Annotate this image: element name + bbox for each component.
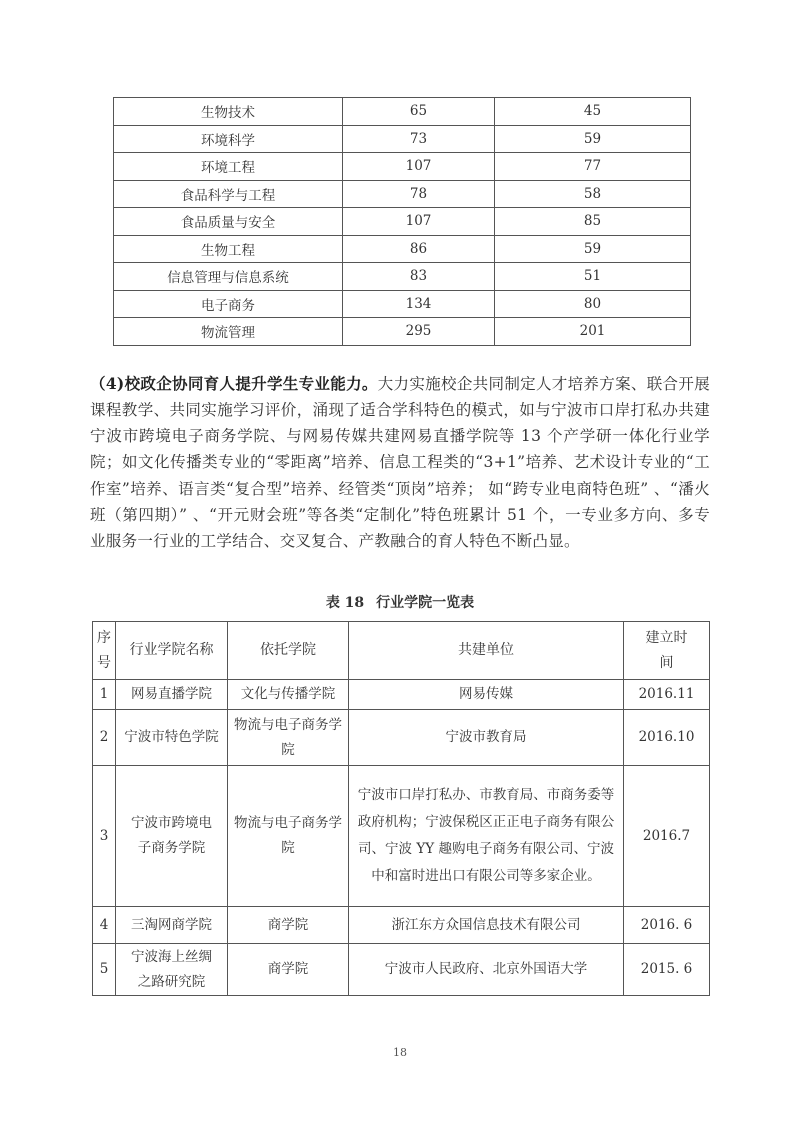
table-row: 环境科学 73 59: [114, 125, 691, 153]
table-header-row: 序号 行业学院名称 依托学院 共建单位 建立时间: [93, 622, 710, 680]
major-name: 电子商务: [114, 290, 343, 318]
paragraph-lead: （4)校政企协同育人提升学生专业能力。: [90, 374, 378, 393]
major-value-1: 78: [343, 180, 495, 208]
major-name: 物流管理: [114, 318, 343, 346]
cell-host: 物流与电子商务学院: [228, 766, 349, 907]
cell-name: 宁波海上丝绸之路研究院: [116, 944, 228, 996]
table-row: 5 宁波海上丝绸之路研究院 商学院 宁波市人民政府、北京外国语大学 2015. …: [93, 944, 710, 996]
major-value-2: 59: [495, 235, 691, 263]
cell-host: 商学院: [228, 907, 349, 944]
header-host: 依托学院: [228, 622, 349, 680]
table-row: 1 网易直播学院 文化与传播学院 网易传媒 2016.11: [93, 680, 710, 710]
cell-name: 宁波市特色学院: [116, 710, 228, 766]
header-name: 行业学院名称: [116, 622, 228, 680]
majors-enrollment-table: 生物技术 65 45 环境科学 73 59 环境工程 107 77 食品科学与工…: [113, 97, 691, 346]
major-name: 生物工程: [114, 235, 343, 263]
table-number: 表 18: [326, 595, 364, 611]
cell-partner: 浙江东方众国信息技术有限公司: [349, 907, 624, 944]
major-value-1: 73: [343, 125, 495, 153]
industry-colleges-table: 序号 行业学院名称 依托学院 共建单位 建立时间 1 网易直播学院 文化与传播学…: [92, 621, 710, 996]
table-row: 3 宁波市跨境电子商务学院 物流与电子商务学院 宁波市口岸打私办、市教育局、市商…: [93, 766, 710, 907]
major-value-1: 65: [343, 98, 495, 126]
cell-name: 三淘网商学院: [116, 907, 228, 944]
cell-seq: 2: [93, 710, 116, 766]
table-row: 电子商务 134 80: [114, 290, 691, 318]
cell-partner: 宁波市口岸打私办、市教育局、市商务委等政府机构；宁波保税区正正电子商务有限公司、…: [349, 766, 624, 907]
cell-partner: 宁波市教育局: [349, 710, 624, 766]
major-value-1: 295: [343, 318, 495, 346]
body-paragraph: （4)校政企协同育人提升学生专业能力。大力实施校企共同制定人才培养方案、联合开展…: [90, 371, 710, 555]
paragraph-body: 大力实施校企共同制定人才培养方案、联合开展课程教学、共同实施学习评价，涌现了适合…: [90, 375, 710, 551]
cell-seq: 3: [93, 766, 116, 907]
major-name: 信息管理与信息系统: [114, 263, 343, 291]
cell-host: 物流与电子商务学院: [228, 710, 349, 766]
cell-partner: 网易传媒: [349, 680, 624, 710]
cell-date: 2016.7: [624, 766, 710, 907]
major-value-2: 51: [495, 263, 691, 291]
cell-name: 宁波市跨境电子商务学院: [116, 766, 228, 907]
cell-name: 网易直播学院: [116, 680, 228, 710]
table-caption: 表 18行业学院一览表: [0, 592, 800, 612]
table-row: 环境工程 107 77: [114, 153, 691, 181]
major-value-2: 201: [495, 318, 691, 346]
major-value-2: 77: [495, 153, 691, 181]
major-name: 生物技术: [114, 98, 343, 126]
table-row: 食品科学与工程 78 58: [114, 180, 691, 208]
table-row: 信息管理与信息系统 83 51: [114, 263, 691, 291]
cell-partner: 宁波市人民政府、北京外国语大学: [349, 944, 624, 996]
cell-host: 商学院: [228, 944, 349, 996]
table-row: 4 三淘网商学院 商学院 浙江东方众国信息技术有限公司 2016. 6: [93, 907, 710, 944]
cell-seq: 4: [93, 907, 116, 944]
table-row: 2 宁波市特色学院 物流与电子商务学院 宁波市教育局 2016.10: [93, 710, 710, 766]
cell-date: 2016.10: [624, 710, 710, 766]
header-date: 建立时间: [624, 622, 710, 680]
major-name: 食品质量与安全: [114, 208, 343, 236]
cell-seq: 5: [93, 944, 116, 996]
major-value-2: 45: [495, 98, 691, 126]
cell-date: 2016. 6: [624, 907, 710, 944]
cell-date: 2015. 6: [624, 944, 710, 996]
cell-host: 文化与传播学院: [228, 680, 349, 710]
major-name: 食品科学与工程: [114, 180, 343, 208]
major-name: 环境工程: [114, 153, 343, 181]
major-value-1: 107: [343, 208, 495, 236]
table-row: 物流管理 295 201: [114, 318, 691, 346]
major-value-2: 85: [495, 208, 691, 236]
table-title: 行业学院一览表: [376, 595, 474, 611]
page-number: 18: [0, 1046, 800, 1059]
table-row: 食品质量与安全 107 85: [114, 208, 691, 236]
major-value-2: 80: [495, 290, 691, 318]
major-value-2: 58: [495, 180, 691, 208]
cell-seq: 1: [93, 680, 116, 710]
major-name: 环境科学: [114, 125, 343, 153]
header-seq: 序号: [93, 622, 116, 680]
major-value-1: 83: [343, 263, 495, 291]
table-row: 生物技术 65 45: [114, 98, 691, 126]
major-value-1: 134: [343, 290, 495, 318]
major-value-1: 107: [343, 153, 495, 181]
cell-date: 2016.11: [624, 680, 710, 710]
table-row: 生物工程 86 59: [114, 235, 691, 263]
header-partner: 共建单位: [349, 622, 624, 680]
major-value-2: 59: [495, 125, 691, 153]
major-value-1: 86: [343, 235, 495, 263]
